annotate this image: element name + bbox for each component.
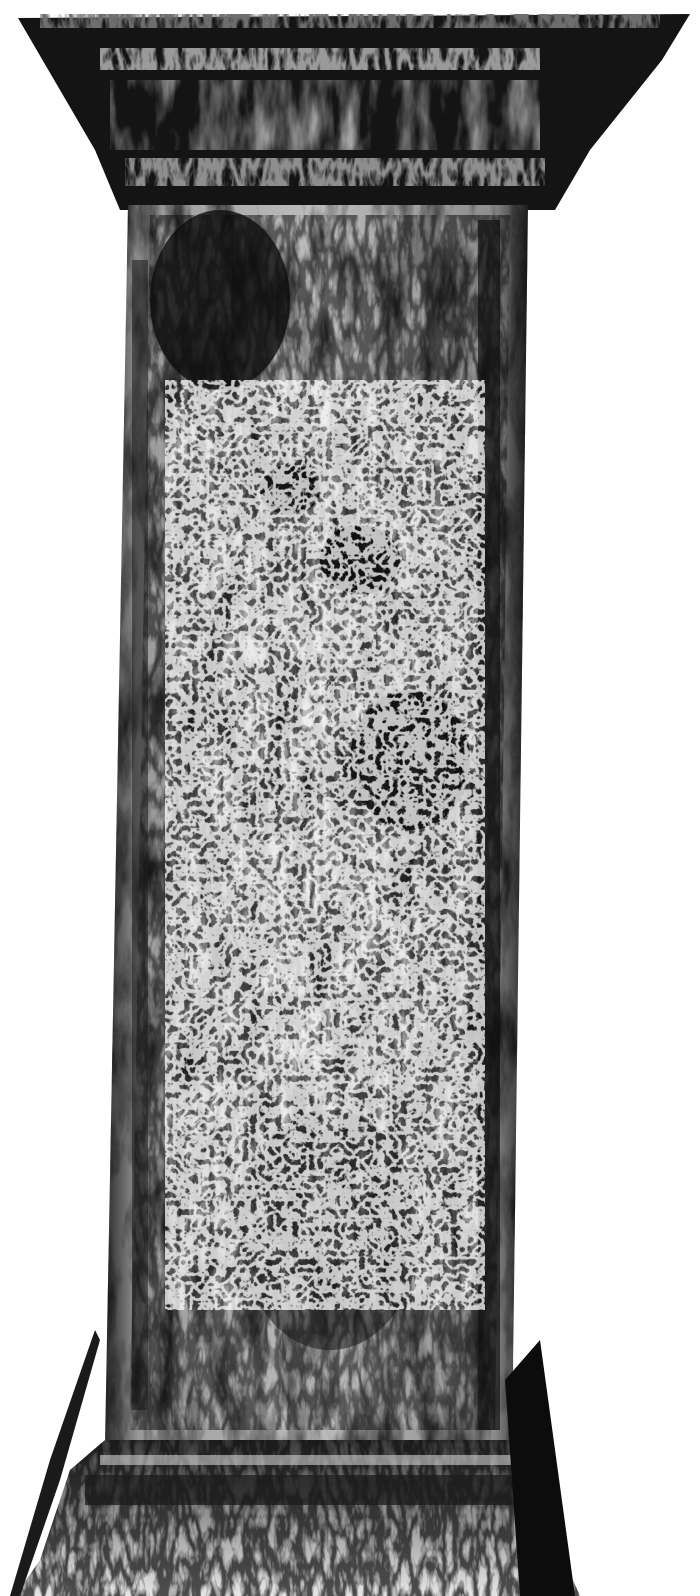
pillar-photograph	[0, 0, 700, 1596]
inscription	[165, 380, 485, 1310]
pillar-capital	[18, 14, 690, 210]
